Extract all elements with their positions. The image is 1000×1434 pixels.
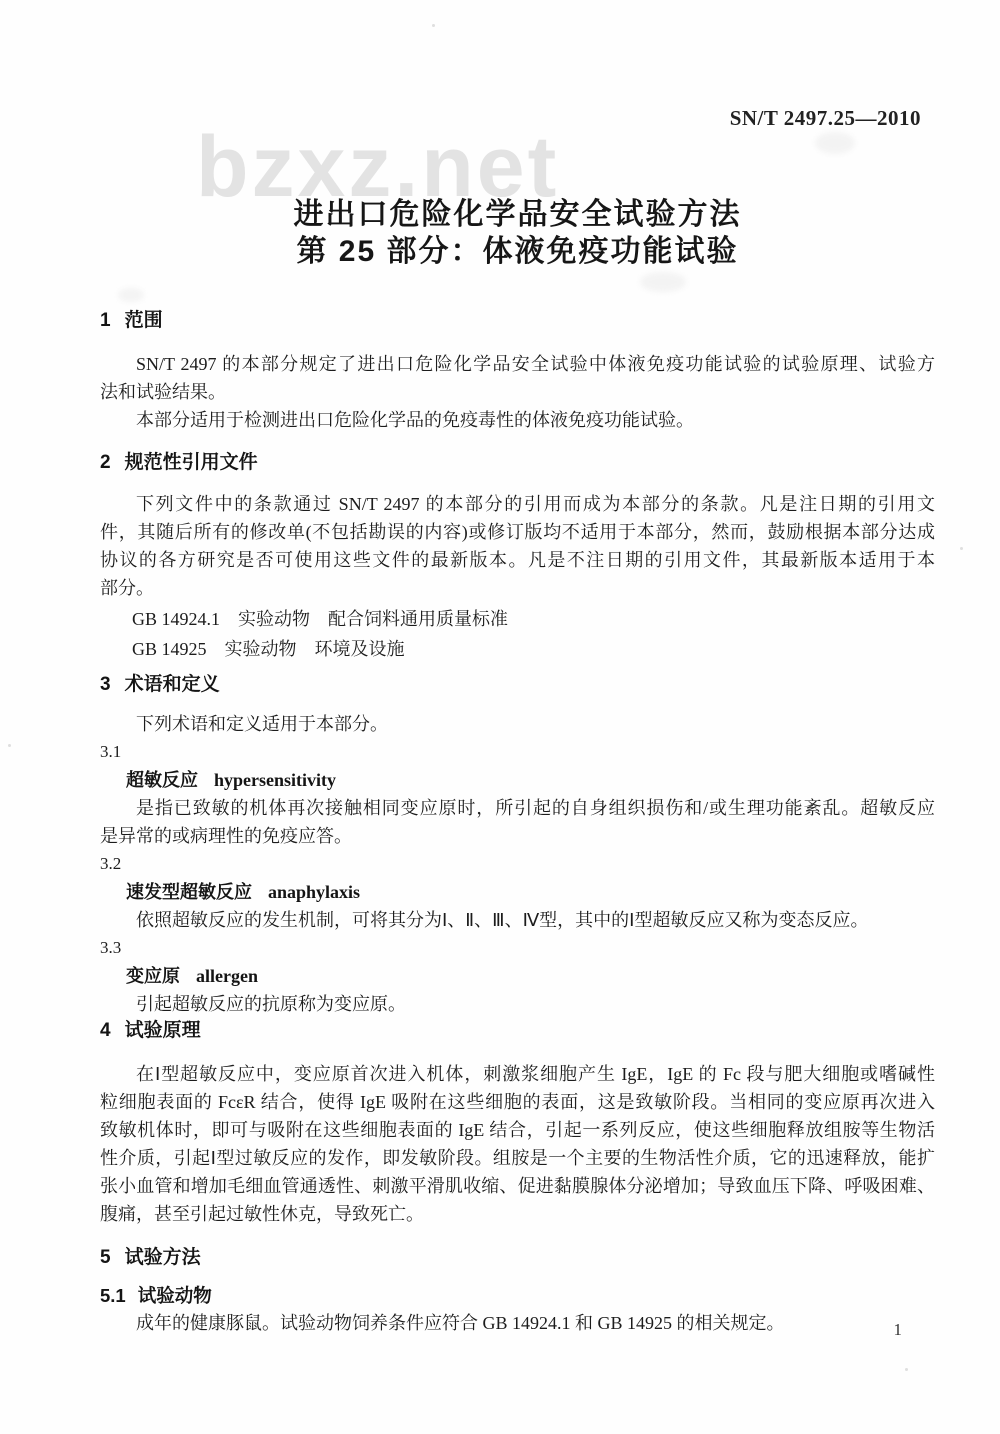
section-title: 试验原理 (125, 1018, 201, 1044)
paragraph: 下列文件中的条款通过 SN/T 2497 的本部分的引用而成为本部分的条款。凡是… (100, 490, 935, 602)
subsection-number: 5.1 (100, 1283, 126, 1309)
paragraph: 在Ⅰ型超敏反应中，变应原首次进入机体，刺激浆细胞产生 IgE，IgE 的 Fc … (100, 1060, 935, 1228)
text-line: 本部分适用于检测进出口危险化学品的免疫毒性的体液免疫功能试验。 (100, 406, 935, 434)
text-line: 是异常的或病理性的免疫应答。 (100, 822, 935, 850)
section-heading: 2 规范性引用文件 (100, 450, 935, 476)
clause-number: 3.1 (100, 738, 935, 766)
section-heading: 1 范围 (100, 308, 935, 334)
term-en: allergen (196, 966, 258, 986)
paragraph: 成年的健康豚鼠。试验动物饲养条件应符合 GB 14924.1 和 GB 1492… (100, 1309, 935, 1337)
section-number: 3 (100, 672, 111, 698)
section-title: 术语和定义 (125, 672, 220, 698)
text-line: 性介质，引起Ⅰ型过敏反应的发作，即发敏阶段。组胺是一个主要的生物活性介质，它的迅… (100, 1144, 935, 1172)
section-terms-definitions: 3 术语和定义 下列术语和定义适用于本部分。 3.1 超敏反应hypersens… (100, 672, 935, 1018)
section-number: 5 (100, 1245, 111, 1271)
text-line: 是指已致敏的机体再次接触相同变应原时，所引起的自身组织损伤和/或生理功能紊乱。超… (100, 794, 935, 822)
text-line: 件，其随后所有的修改单(不包括勘误的内容)或修订版均不适用于本部分，然而，鼓励根… (100, 518, 935, 546)
section-scope: 1 范围 SN/T 2497 的本部分规定了进出口危险化学品安全试验中体液免疫功… (100, 308, 935, 434)
term-zh: 速发型超敏反应 (126, 882, 252, 902)
reference-list: GB 14924.1 实验动物 配合饲料通用质量标准 GB 14925 实验动物… (100, 604, 935, 664)
paragraph: 本部分适用于检测进出口危险化学品的免疫毒性的体液免疫功能试验。 (100, 406, 935, 434)
reference-item: GB 14925 实验动物 环境及设施 (132, 634, 935, 664)
section-number: 2 (100, 450, 111, 476)
text-line: 粒细胞表面的 FcεR 结合，使得 IgE 吸附在这些细胞的表面，这是致敏阶段。… (100, 1088, 935, 1116)
paragraph: SN/T 2497 的本部分规定了进出口危险化学品安全试验中体液免疫功能试验的试… (100, 350, 935, 406)
term-entry: 超敏反应hypersensitivity (126, 766, 935, 794)
section-normative-references: 2 规范性引用文件 下列文件中的条款通过 SN/T 2497 的本部分的引用而成… (100, 450, 935, 664)
reference-item: GB 14924.1 实验动物 配合饲料通用质量标准 (132, 604, 935, 634)
text-line: 引起超敏反应的抗原称为变应原。 (100, 990, 935, 1018)
document-title: 进出口危险化学品安全试验方法 第 25 部分：体液免疫功能试验 (100, 196, 935, 270)
term-entry: 变应原allergen (126, 962, 935, 990)
scan-speck (8, 744, 11, 747)
section-heading: 4 试验原理 (100, 1018, 935, 1044)
text-line: 张小血管和增加毛细血管通透性、刺激平滑肌收缩、促进黏膜腺体分泌增加；导致血压下降… (100, 1172, 935, 1200)
clause-number: 3.3 (100, 934, 935, 962)
scan-smudge (118, 288, 144, 302)
text-line: 致敏机体时，即可与吸附在这些细胞表面的 IgE 结合，引起一系列反应，使这些细胞… (100, 1116, 935, 1144)
scan-smudge (815, 132, 855, 154)
text-line: 部分。 (100, 574, 935, 602)
term-en: anaphylaxis (268, 882, 360, 902)
section-test-method: 5 试验方法 5.1 试验动物 成年的健康豚鼠。试验动物饲养条件应符合 GB 1… (100, 1245, 935, 1337)
text-line: 腹痛，甚至引起过敏性休克，导致死亡。 (100, 1200, 935, 1228)
text-line: 成年的健康豚鼠。试验动物饲养条件应符合 GB 14924.1 和 GB 1492… (100, 1309, 935, 1337)
section-title: 范围 (125, 308, 163, 334)
section-number: 4 (100, 1018, 111, 1044)
term-zh: 变应原 (126, 966, 180, 986)
subsection-title: 试验动物 (138, 1283, 212, 1309)
text-line: 下列文件中的条款通过 SN/T 2497 的本部分的引用而成为本部分的条款。凡是… (100, 490, 935, 518)
section-heading: 5 试验方法 (100, 1245, 935, 1271)
title-line-2: 第 25 部分：体液免疫功能试验 (100, 233, 935, 270)
section-title: 规范性引用文件 (125, 450, 258, 476)
text-line: 法和试验结果。 (100, 378, 935, 406)
scan-smudge (640, 272, 686, 292)
term-entry: 速发型超敏反应anaphylaxis (126, 878, 935, 906)
text-line: 依照超敏反应的发生机制，可将其分为Ⅰ、Ⅱ、Ⅲ、Ⅳ型，其中的Ⅰ型超敏反应又称为变态… (100, 906, 935, 934)
subsection-heading: 5.1 试验动物 (100, 1283, 935, 1309)
text-line: 协议的各方研究是否可使用这些文件的最新版本。凡是不注日期的引用文件，其最新版本适… (100, 546, 935, 574)
text-line: SN/T 2497 的本部分规定了进出口危险化学品安全试验中体液免疫功能试验的试… (100, 350, 935, 378)
scan-speck (905, 1368, 908, 1371)
text-line: 在Ⅰ型超敏反应中，变应原首次进入机体，刺激浆细胞产生 IgE，IgE 的 Fc … (100, 1060, 935, 1088)
term-en: hypersensitivity (214, 770, 336, 790)
title-line-1: 进出口危险化学品安全试验方法 (100, 196, 935, 233)
term-definition: 依照超敏反应的发生机制，可将其分为Ⅰ、Ⅱ、Ⅲ、Ⅳ型，其中的Ⅰ型超敏反应又称为变态… (100, 906, 935, 934)
section-test-principle: 4 试验原理 在Ⅰ型超敏反应中，变应原首次进入机体，刺激浆细胞产生 IgE，Ig… (100, 1018, 935, 1228)
text-line: 下列术语和定义适用于本部分。 (100, 710, 935, 738)
clause-number: 3.2 (100, 850, 935, 878)
page-number: 1 (894, 1320, 903, 1340)
term-definition: 是指已致敏的机体再次接触相同变应原时，所引起的自身组织损伤和/或生理功能紊乱。超… (100, 794, 935, 850)
term-definition: 引起超敏反应的抗原称为变应原。 (100, 990, 935, 1018)
section-heading: 3 术语和定义 (100, 672, 935, 698)
section-number: 1 (100, 308, 111, 334)
scan-speck (960, 547, 963, 550)
document-page: SN/T 2497.25—2010 bzxz.net 进出口危险化学品安全试验方… (0, 0, 1000, 1434)
scan-speck (432, 24, 435, 27)
term-zh: 超敏反应 (126, 770, 198, 790)
paragraph: 下列术语和定义适用于本部分。 (100, 710, 935, 738)
section-title: 试验方法 (125, 1245, 201, 1271)
